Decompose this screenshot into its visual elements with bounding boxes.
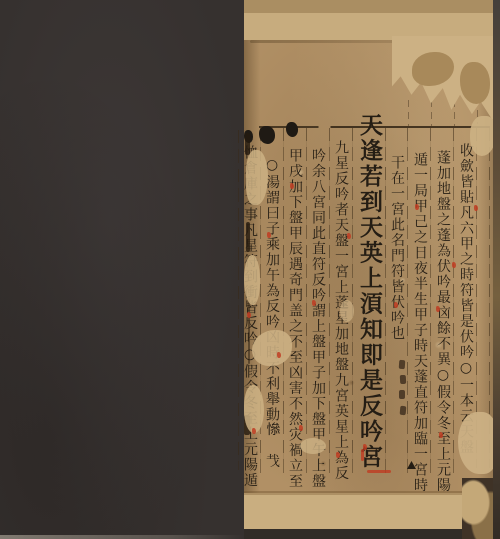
column-rule (306, 128, 307, 476)
column-rule (430, 128, 431, 476)
column-rule (283, 128, 284, 476)
worm-damage-patch (300, 438, 326, 454)
vermilion-underline (367, 470, 391, 473)
worm-damage-patch (244, 385, 264, 433)
text-column-5-large: 天逢若到天英上湏知即是反吟宮 (354, 113, 384, 470)
vermilion-mark (336, 452, 340, 458)
spine-fragment (245, 133, 250, 155)
marginal-annotation (400, 406, 407, 415)
text-column-3: 遁一局甲己之日夜半生甲子時天蓬直符加臨一宮時 (410, 152, 430, 493)
vermilion-mark (247, 312, 251, 318)
marginal-annotation (399, 360, 406, 369)
text-column-9: ○湯謂曰子乘加午為反吟凶時不利舉動𢡖𠙚𢦏 (262, 157, 282, 469)
ink-blob (259, 126, 275, 144)
vermilion-mark (267, 232, 271, 238)
vermilion-mark (394, 302, 398, 308)
worm-damage-patch (458, 412, 498, 474)
text-column-8: 甲戌加下盤甲辰遇奇門盖之不至凶害不然灾禍立至 (285, 148, 305, 489)
worm-damage-patch (244, 255, 260, 305)
vermilion-mark (361, 449, 364, 461)
ink-blob (286, 122, 298, 137)
worm-damage-patch (340, 300, 354, 322)
marginal-annotation (399, 390, 405, 399)
rule-stub (431, 100, 432, 126)
vermilion-mark (474, 205, 478, 211)
vermilion-mark (290, 183, 294, 189)
column-rule (385, 128, 386, 476)
vermilion-mark (312, 300, 316, 306)
text-column-2: 蓬加地盤之蓬為伏吟最㐫餘不異○假令冬至上元陽 (433, 150, 453, 493)
cover-bottom-edge (0, 535, 244, 539)
column-rule (407, 128, 408, 476)
top-margin-band (244, 13, 500, 40)
text-column-1: 收歛皆貼凡六甲之時符皆是伏吟○一本云天盤 (456, 143, 476, 455)
leaf-edge-top (244, 0, 500, 13)
vermilion-mark (277, 352, 281, 358)
column-rule (352, 128, 353, 476)
damage-island (460, 62, 490, 104)
rule-stub (408, 100, 409, 126)
spine-fragment (246, 222, 250, 252)
vermilion-mark (415, 204, 419, 210)
spine-fragment (248, 298, 250, 364)
vermilion-mark (439, 432, 443, 438)
vermilion-mark (436, 306, 440, 312)
text-column-4: 干在一宮此名門符皆伏吟也 (387, 155, 407, 341)
vermilion-mark (299, 425, 303, 431)
back-cover (0, 0, 244, 539)
book-photograph: 收歛皆貼凡六甲之時符皆是伏吟○一本云天盤 蓬加地盤之蓬為伏吟最㐫餘不異○假令冬至… (0, 0, 500, 539)
vermilion-mark (347, 233, 351, 239)
marginal-annotation (400, 375, 406, 384)
page-edge-strip (493, 0, 500, 539)
column-rule (453, 128, 454, 476)
vermilion-mark (252, 428, 256, 434)
vermilion-mark (452, 262, 456, 268)
column-rule (238, 130, 239, 470)
column-rule (329, 128, 330, 476)
